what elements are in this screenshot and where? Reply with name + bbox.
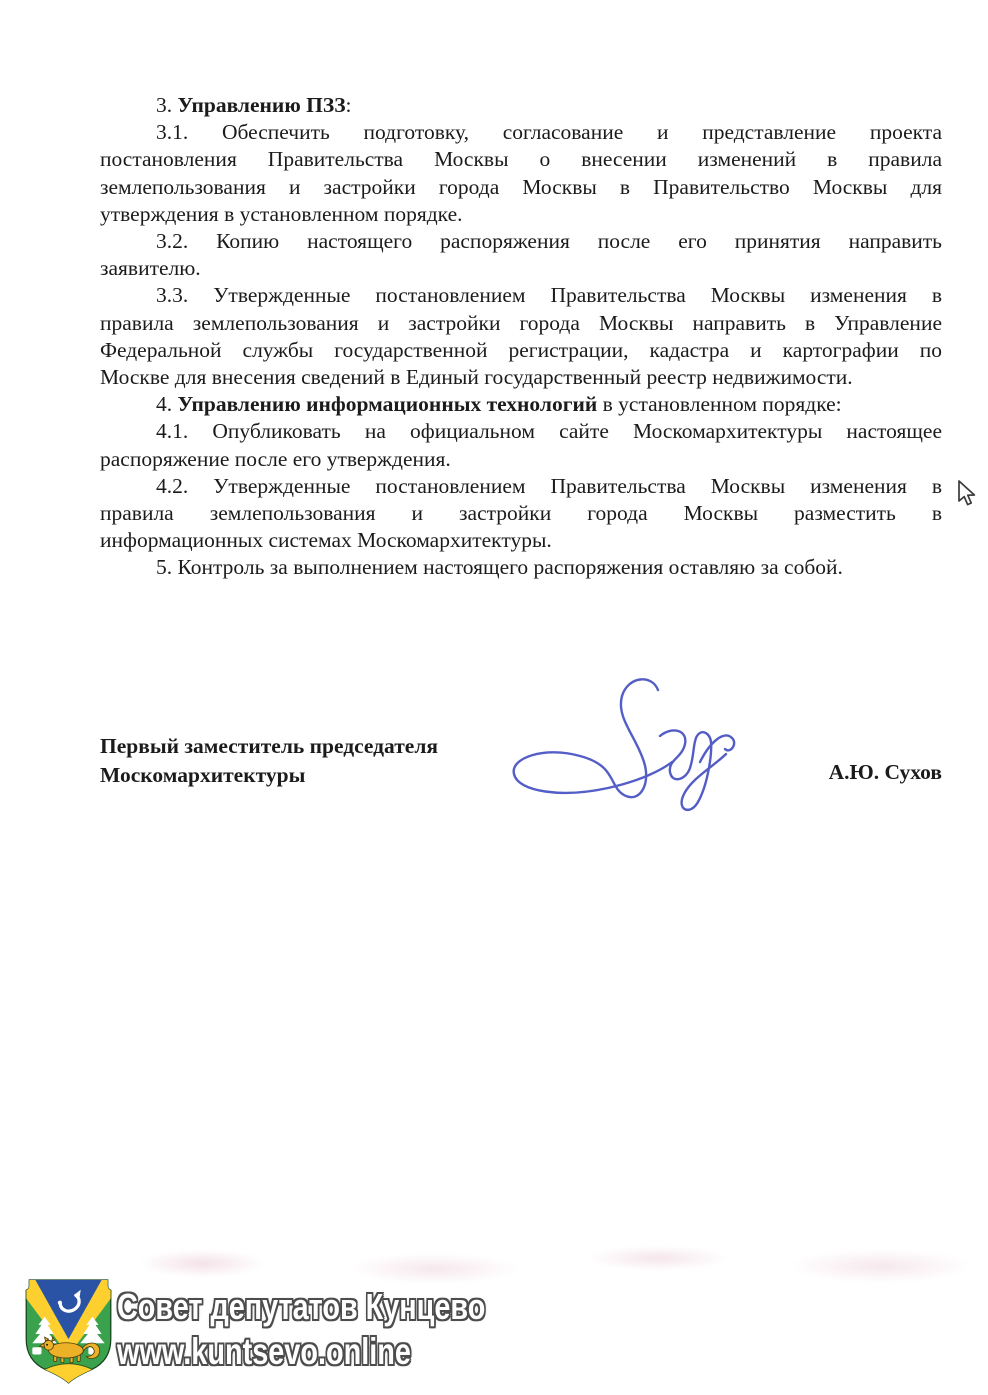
document-body: 3. Управлению ПЗЗ: 3.1. Обеспечить подго…	[100, 92, 942, 582]
document-line: 5. Контроль за выполнением настоящего ра…	[100, 554, 942, 581]
signer-name: А.Ю. Сухов	[829, 760, 942, 785]
heading-3-number: 3.	[156, 93, 178, 117]
signer-title-line-1: Первый заместитель председателя	[100, 732, 438, 761]
signer-title: Первый заместитель председателя Москомар…	[100, 732, 438, 789]
document-line: Федеральной службы государственной регис…	[100, 337, 942, 364]
document-line: распоряжение после его утверждения.	[100, 446, 942, 473]
document-line: 4.1. Опубликовать на официальном сайте М…	[100, 418, 942, 445]
document-line: 3.3. Утвержденные постановлением Правите…	[100, 282, 942, 309]
document-line: информационных системах Москомархитектур…	[100, 527, 942, 554]
document-line: утверждения в установленном порядке.	[100, 201, 942, 228]
mouse-cursor-icon	[957, 480, 979, 510]
document-line: 4.2. Утвержденные постановлением Правите…	[100, 473, 942, 500]
heading-3-suffix: :	[346, 93, 352, 117]
document-line: землепользования и застройки города Моск…	[100, 174, 942, 201]
scan-noise-band	[95, 1240, 988, 1292]
heading-item-4: 4. Управлению информационных технологий …	[100, 391, 942, 418]
document-line: 3.2. Копию настоящего распоряжения после…	[100, 228, 942, 255]
kuntsevo-coat-of-arms-icon	[24, 1278, 113, 1384]
document-line: Москве для внесения сведений в Единый го…	[100, 364, 942, 391]
footer-website: www.kuntsevo.online	[117, 1331, 411, 1373]
document-line: постановления Правительства Москвы о вне…	[100, 146, 942, 173]
signer-title-line-2: Москомархитектуры	[100, 761, 438, 790]
document-line: правила землепользования и застройки гор…	[100, 310, 942, 337]
heading-4-suffix: в установленном порядке:	[597, 392, 841, 416]
document-line: 3.1. Обеспечить подготовку, согласование…	[100, 119, 942, 146]
heading-4-number: 4.	[156, 392, 178, 416]
document-line: заявителю.	[100, 255, 942, 282]
heading-3-bold-text: Управлению ПЗЗ	[178, 93, 346, 117]
signature-ink	[500, 666, 750, 834]
footer-org-name: Совет депутатов Кунцево	[117, 1286, 485, 1328]
heading-item-3: 3. Управлению ПЗЗ:	[100, 92, 942, 119]
heading-4-bold-text: Управлению информационных технологий	[178, 392, 598, 416]
document-line: правила землепользования и застройки гор…	[100, 500, 942, 527]
scanned-document-page: 3. Управлению ПЗЗ: 3.1. Обеспечить подго…	[0, 0, 988, 1395]
